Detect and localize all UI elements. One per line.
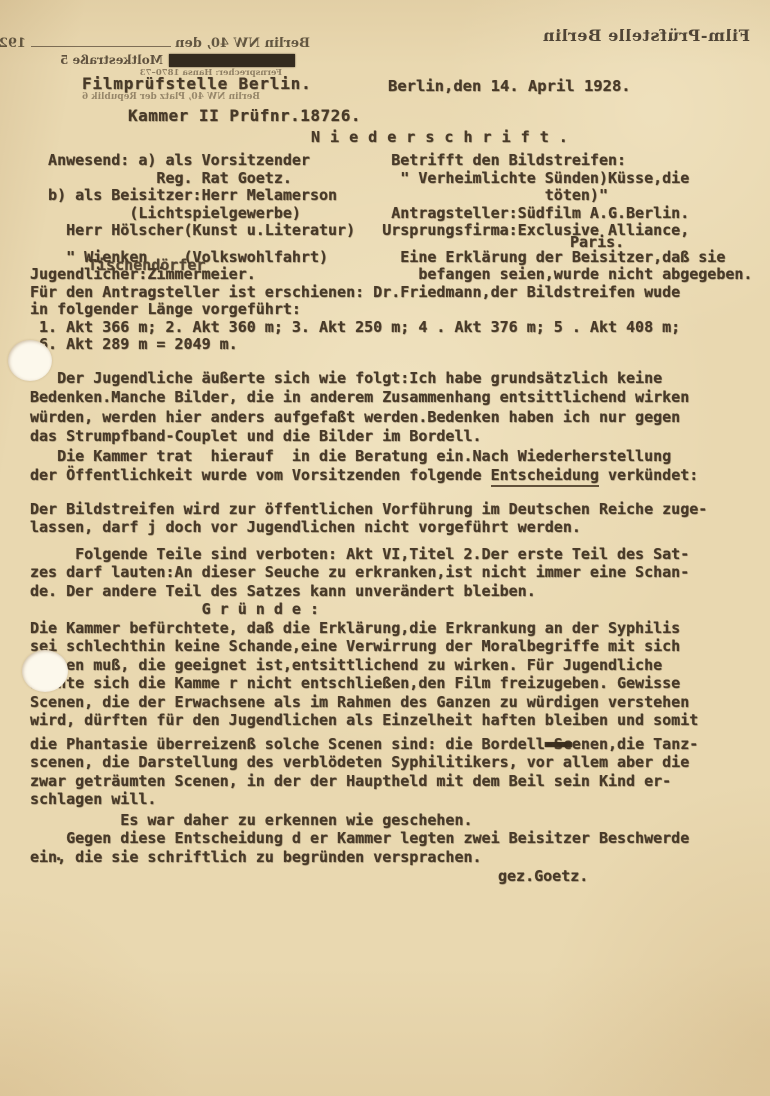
document-title: N i e d e r s c h r i f t .	[30, 128, 766, 147]
typed-line: G r ü n d e :	[30, 600, 766, 619]
overtyped-line: Jugendlicher:Zimmermeier. befangen seien…	[30, 266, 766, 284]
bleed-address-line: Berlin NW 40, Platz der Republik 6	[88, 92, 260, 102]
bleed-street-label: Moltkestraße 5	[60, 53, 163, 67]
typed-line: Die Kammer befürchtete, daß die Erklärun…	[30, 619, 766, 638]
reference-number: Kammer II Prüfnr.18726.	[128, 106, 361, 125]
reasons-continued-block: scenen, die Darstellung des verblödeten …	[30, 753, 766, 809]
typed-line: 1. Akt 366 m; 2. Akt 360 m; 3. Akt 250 m…	[30, 319, 766, 337]
typed-line: zwar geträumten Scenen, in der der Haupt…	[30, 772, 766, 791]
signature: gez.Goetz.	[30, 867, 766, 886]
attendance-block: Anwesend: a) als Vorsitzender Betrifft d…	[30, 152, 766, 240]
typed-line: würden, werden hier anders aufgefaßt wer…	[30, 408, 766, 428]
typed-line: (Lichtspielgewerbe) Antragsteller:Südfil…	[30, 205, 766, 223]
applicant-block: Für den Antragsteller ist erschienen: Dr…	[30, 284, 766, 354]
reasons-block: Die Kammer befürchtete, daß die Erklärun…	[30, 619, 766, 730]
scanned-document-page: Film-Prüfstelle Berlin Berlin NW 40, den…	[0, 0, 770, 1096]
typed-line: Der Jugendliche äußerte sich wie folgt:I…	[30, 369, 766, 389]
scenes-post: enen,die Tanz-	[572, 735, 698, 753]
punch-hole-top	[8, 340, 52, 381]
bleed-date-line: Berlin NW 40, den 192	[20, 36, 310, 51]
office-name: Filmprüfstelle Berlin.	[82, 74, 312, 93]
bleed-year-suffix: 192	[0, 36, 26, 51]
typed-line: wird, dürften für den Jugendlichen als E…	[30, 711, 766, 730]
punch-hole-bottom	[22, 650, 68, 692]
document-body: N i e d e r s c h r i f t . Anwesend: a)…	[30, 128, 766, 886]
typed-line: Gegen diese Entscheidung d er Kammer leg…	[30, 829, 766, 848]
document-date: Berlin,den 14. April 1928.	[388, 77, 631, 95]
typed-line: das Strumpfband-Couplet und die Bilder i…	[30, 427, 766, 447]
typed-line: Anwesend: a) als Vorsitzender Betrifft d…	[30, 152, 766, 170]
bleed-date-prefix: Berlin NW 40, den	[175, 36, 310, 51]
overtype-correction: Tischendörfer	[88, 257, 205, 275]
closing-block: Es war daher zu erkennen wie geschehen. …	[30, 811, 766, 867]
typed-line: 6. Akt 289 m = 2049 m.	[30, 336, 766, 354]
typed-line: Bedenken.Manche Bilder, die in anderem Z…	[30, 388, 766, 408]
typed-line: Folgende Teile sind verboten: Akt VI,Tit…	[30, 545, 766, 564]
typed-line: Die Kammer trat hierauf in die Beratung …	[30, 447, 766, 467]
typed-line: Reg. Rat Goetz. " Verheimlichte Sünden)K…	[30, 170, 766, 188]
bleed-street-line: Moltkestraße 5	[60, 53, 295, 67]
typed-line: führen muß, die geeignet ist,entsittlich…	[30, 656, 766, 675]
scenes-pre: die Phantasie überreizenß solche Scenen …	[30, 735, 545, 753]
typed-line: de. Der andere Teil des Satzes kann unve…	[30, 582, 766, 601]
typed-line: in folgender Länge vorgeführt:	[30, 301, 766, 319]
typed-line: scenen, die Darstellung des verblödeten …	[30, 753, 766, 772]
decision-line: der Öffentlichkeit wurde vom Vorsitzende…	[30, 466, 766, 486]
bleed-letterhead-office: Film-Prüfstelle Berlin	[545, 26, 750, 45]
typed-line: zes darf lauten:An dieser Seuche zu erkr…	[30, 563, 766, 582]
ruling-block: Der Bildstreifen wird zur öffentlichen V…	[30, 500, 766, 537]
scenes-strikethrough: -Sc	[545, 735, 572, 753]
typed-line: Scenen, die der Erwachsene als im Rahmen…	[30, 693, 766, 712]
typed-line: Für den Antragsteller ist erschienen: Dr…	[30, 284, 766, 302]
decision-post: verkündet:	[599, 466, 698, 484]
typed-line: sei schlechthin keine Schande,eine Verwi…	[30, 637, 766, 656]
typed-line: Es war daher zu erkennen wie geschehen.	[30, 811, 766, 830]
decision-emphasis: Entscheidung	[491, 466, 599, 487]
typed-line: b) als Beisitzer:Herr Melamerson töten)"	[30, 187, 766, 205]
typed-line: lassen, darf j doch vor Jugendlichen nic…	[30, 518, 766, 537]
redaction-bar	[169, 54, 295, 67]
paris-line: Paris.	[30, 238, 766, 247]
statement-block: Der Jugendliche äußerte sich wie folgt:I…	[30, 369, 766, 467]
typed-line: konnte sich die Kamme r nicht entschließ…	[30, 674, 766, 693]
typed-line: schlagen will.	[30, 790, 766, 809]
forbidden-parts-block: Folgende Teile sind verboten: Akt VI,Tit…	[30, 545, 766, 619]
scenes-line: die Phantasie überreizenß solche Scenen …	[30, 735, 766, 754]
date-fill-rule	[31, 45, 171, 47]
decision-pre: der Öffentlichkeit wurde vom Vorsitzende…	[30, 466, 491, 484]
typed-line: Der Bildstreifen wird zur öffentlichen V…	[30, 500, 766, 519]
typed-line: ein, die sie schriftlich zu begründen ve…	[30, 848, 766, 867]
stray-ink-mark: .	[54, 846, 63, 864]
